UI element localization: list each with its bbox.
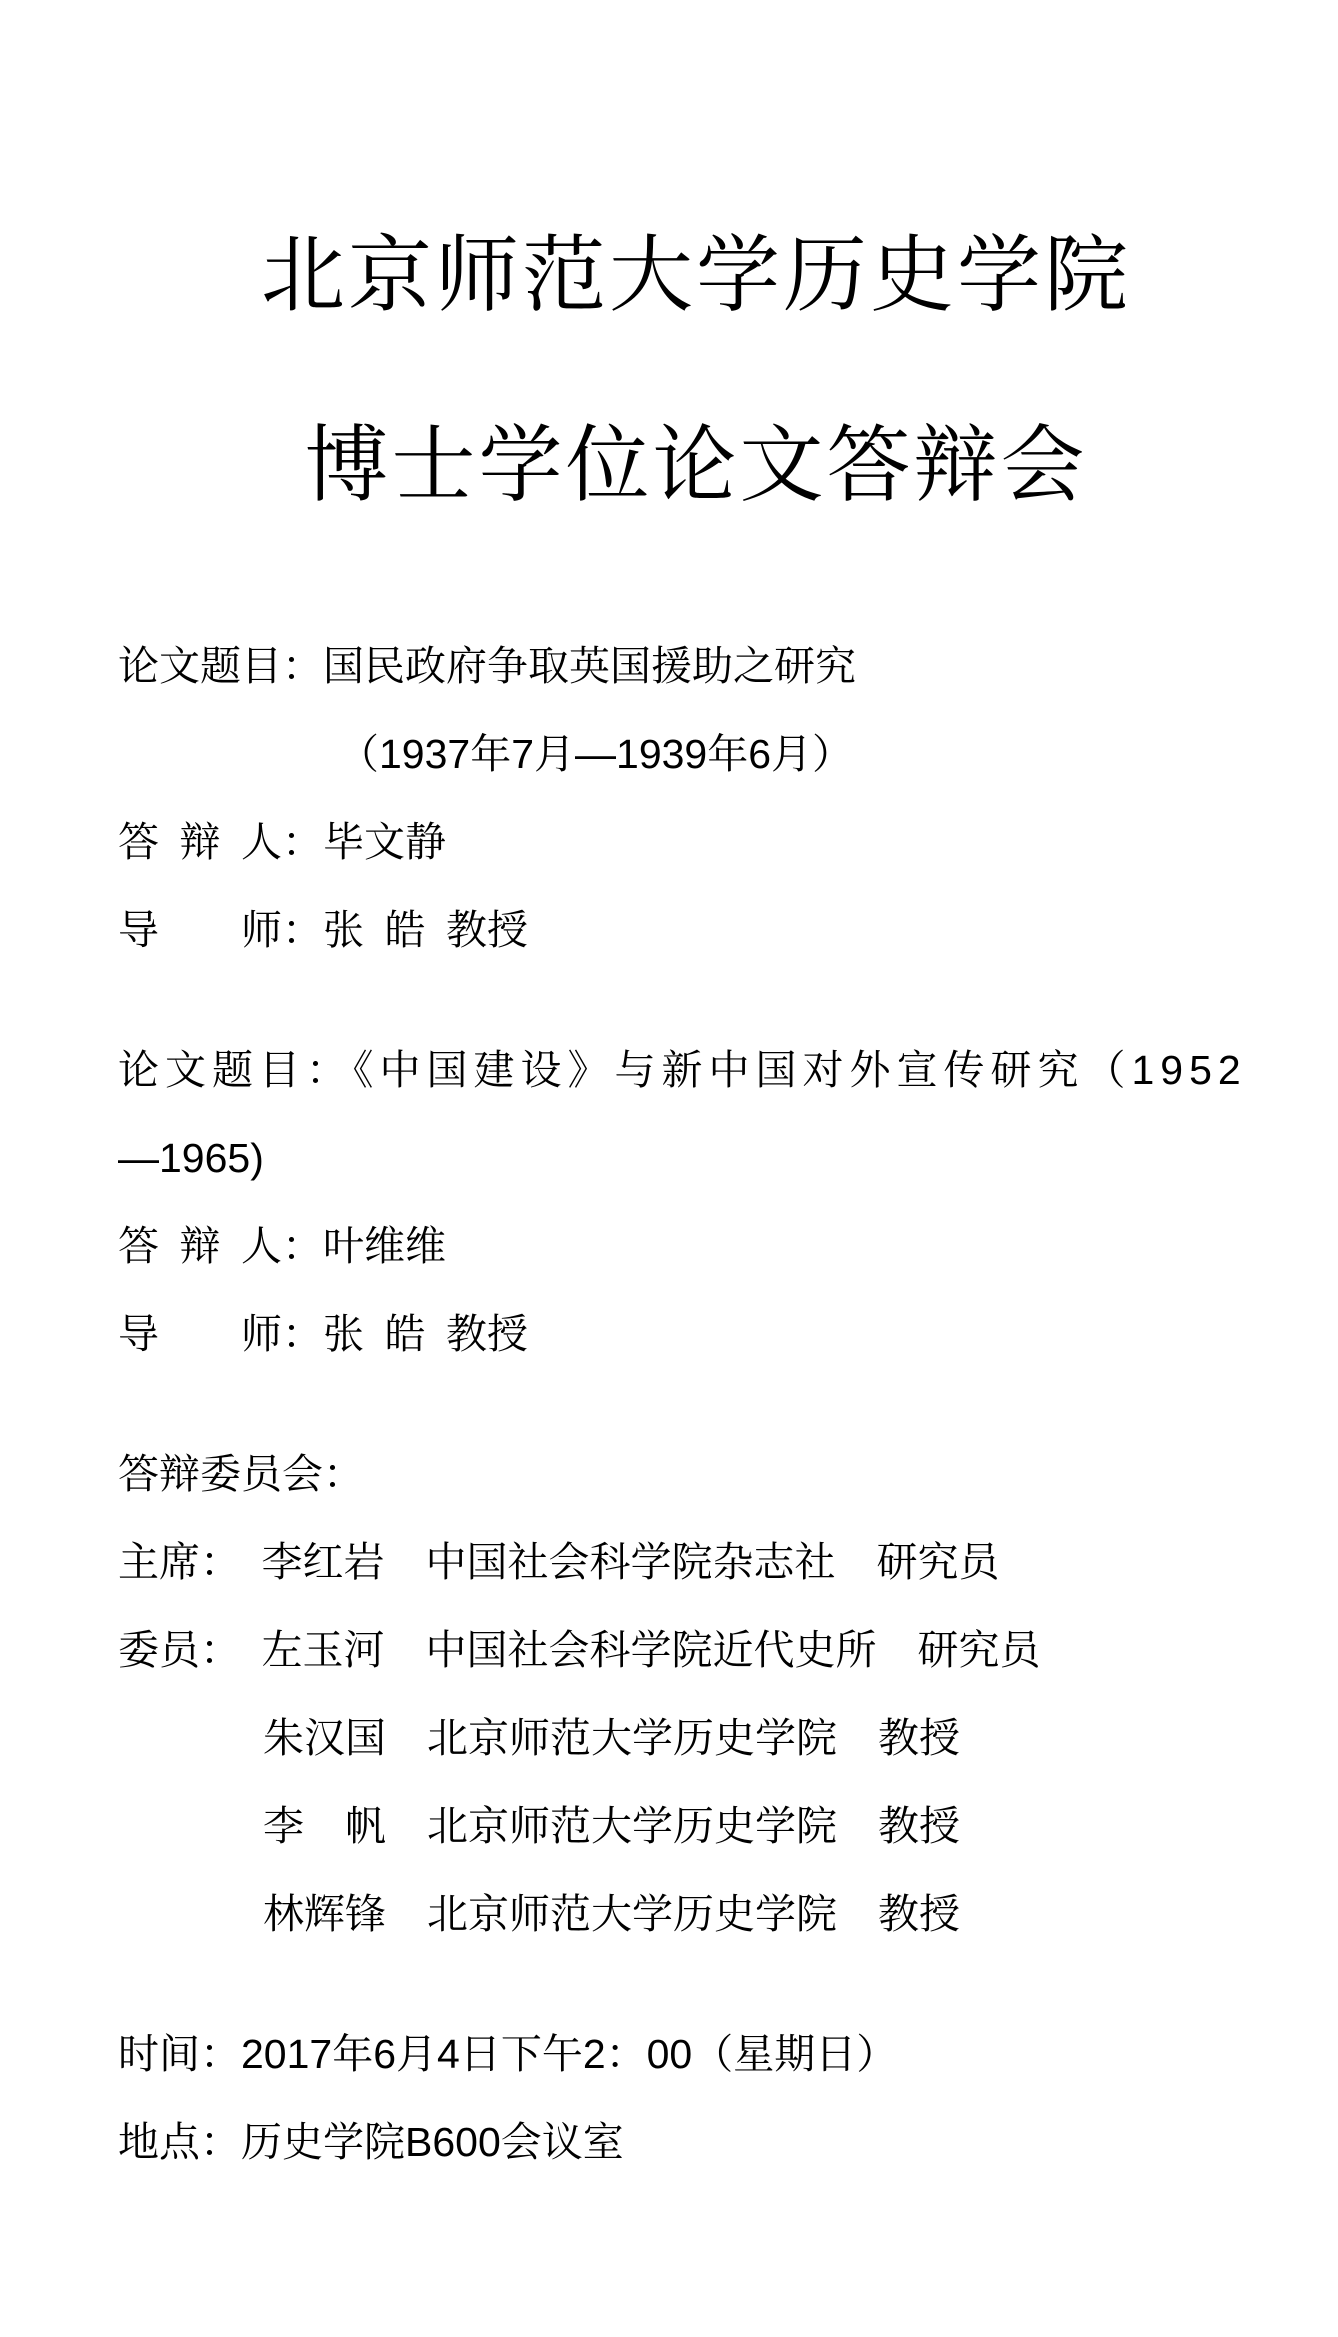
document-body: 论文题目：国民政府争取英国援助之研究 （1937年7月—1939年6月） 答 辩… bbox=[118, 622, 1338, 2186]
defense-location-line: 地点：历史学院B600会议室 bbox=[118, 2098, 1338, 2186]
defense-time-line: 时间：2017年6月4日下午2：00（星期日） bbox=[118, 2010, 1338, 2098]
document-title-line-1: 北京师范大学历史学院 bbox=[118, 0, 1274, 317]
document-title-line-2: 博士学位论文答辩会 bbox=[118, 423, 1274, 507]
thesis-1-title-line-1: 论文题目：国民政府争取英国援助之研究 bbox=[118, 622, 1338, 710]
defense-2-section: 论文题目：《中国建设》与新中国对外宣传研究（1952 —1965) 答 辩 人：… bbox=[118, 1026, 1338, 1378]
defense-1-section: 论文题目：国民政府争取英国援助之研究 （1937年7月—1939年6月） 答 辩… bbox=[118, 622, 1338, 974]
committee-member-row: 林辉锋 北京师范大学历史学院 教授 bbox=[118, 1870, 1338, 1958]
thesis-2-defender-line: 答 辩 人：叶维维 bbox=[118, 1202, 1338, 1290]
committee-chair-row: 主席： 李红岩 中国社会科学院杂志社 研究员 bbox=[118, 1518, 1338, 1606]
committee-section: 答辩委员会： 主席： 李红岩 中国社会科学院杂志社 研究员 委员： 左玉河 中国… bbox=[118, 1430, 1338, 1958]
thesis-1-defender-line: 答 辩 人：毕文静 bbox=[118, 798, 1338, 886]
schedule-section: 时间：2017年6月4日下午2：00（星期日） 地点：历史学院B600会议室 bbox=[118, 2010, 1338, 2186]
committee-member-row: 委员： 左玉河 中国社会科学院近代史所 研究员 bbox=[118, 1606, 1338, 1694]
thesis-2-title-line-1: 论文题目：《中国建设》与新中国对外宣传研究（1952 bbox=[118, 1026, 1338, 1114]
committee-heading: 答辩委员会： bbox=[118, 1430, 1338, 1518]
thesis-1-advisor-line: 导 师：张 皓 教授 bbox=[118, 886, 1338, 974]
committee-member-row: 朱汉国 北京师范大学历史学院 教授 bbox=[118, 1694, 1338, 1782]
committee-member-row: 李 帆 北京师范大学历史学院 教授 bbox=[118, 1782, 1338, 1870]
thesis-1-title-line-2: （1937年7月—1939年6月） bbox=[118, 710, 1338, 798]
thesis-2-advisor-line: 导 师：张 皓 教授 bbox=[118, 1290, 1338, 1378]
page: 北京师范大学历史学院 博士学位论文答辩会 论文题目：国民政府争取英国援助之研究 … bbox=[0, 0, 1338, 2337]
thesis-2-title-line-2: —1965) bbox=[118, 1114, 1338, 1202]
